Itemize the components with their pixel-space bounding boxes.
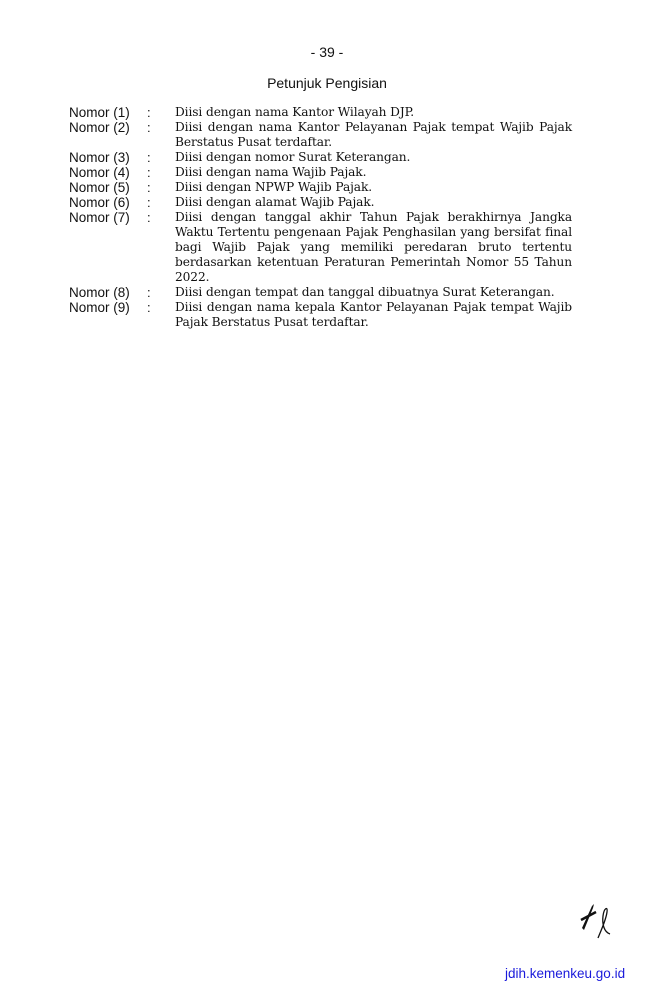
entry-label: Nomor (4) [69, 165, 147, 180]
entry-text: Diisi dengan NPWP Wajib Pajak. [175, 180, 572, 195]
source-link[interactable]: jdih.kemenkeu.go.id [505, 966, 625, 981]
entry-label: Nomor (5) [69, 180, 147, 195]
entry-text: Diisi dengan nomor Surat Keterangan. [175, 150, 572, 165]
entry-label: Nomor (7) [69, 210, 147, 285]
entry-text: Diisi dengan tempat dan tanggal dibuatny… [175, 285, 572, 300]
entry-text: Diisi dengan tanggal akhir Tahun Pajak b… [175, 210, 572, 285]
list-item: Nomor (7) : Diisi dengan tanggal akhir T… [69, 210, 572, 285]
entry-text: Diisi dengan nama Kantor Pelayanan Pajak… [175, 120, 572, 150]
entry-label: Nomor (1) [69, 105, 147, 120]
entry-colon: : [147, 165, 175, 180]
list-item: Nomor (2) : Diisi dengan nama Kantor Pel… [69, 120, 572, 150]
instruction-list: Nomor (1) : Diisi dengan nama Kantor Wil… [69, 105, 572, 330]
list-item: Nomor (6) : Diisi dengan alamat Wajib Pa… [69, 195, 572, 210]
entry-text: Diisi dengan alamat Wajib Pajak. [175, 195, 572, 210]
entry-colon: : [147, 210, 175, 285]
list-item: Nomor (3) : Diisi dengan nomor Surat Ket… [69, 150, 572, 165]
entry-label: Nomor (8) [69, 285, 147, 300]
entry-text: Diisi dengan nama kepala Kantor Pelayana… [175, 300, 572, 330]
entry-label: Nomor (3) [69, 150, 147, 165]
list-item: Nomor (5) : Diisi dengan NPWP Wajib Paja… [69, 180, 572, 195]
entry-label: Nomor (6) [69, 195, 147, 210]
list-item: Nomor (4) : Diisi dengan nama Wajib Paja… [69, 165, 572, 180]
entry-colon: : [147, 150, 175, 165]
page-heading: Petunjuk Pengisian [0, 75, 654, 91]
list-item: Nomor (9) : Diisi dengan nama kepala Kan… [69, 300, 572, 330]
entry-text: Diisi dengan nama Kantor Wilayah DJP. [175, 105, 572, 120]
entry-colon: : [147, 180, 175, 195]
list-item: Nomor (1) : Diisi dengan nama Kantor Wil… [69, 105, 572, 120]
list-item: Nomor (8) : Diisi dengan tempat dan tang… [69, 285, 572, 300]
entry-colon: : [147, 300, 175, 330]
entry-label: Nomor (9) [69, 300, 147, 330]
entry-colon: : [147, 120, 175, 150]
entry-text: Diisi dengan nama Wajib Pajak. [175, 165, 572, 180]
entry-colon: : [147, 105, 175, 120]
page-number: - 39 - [0, 44, 654, 60]
entry-colon: : [147, 195, 175, 210]
entry-label: Nomor (2) [69, 120, 147, 150]
entry-colon: : [147, 285, 175, 300]
signature-initials-icon [578, 898, 618, 944]
